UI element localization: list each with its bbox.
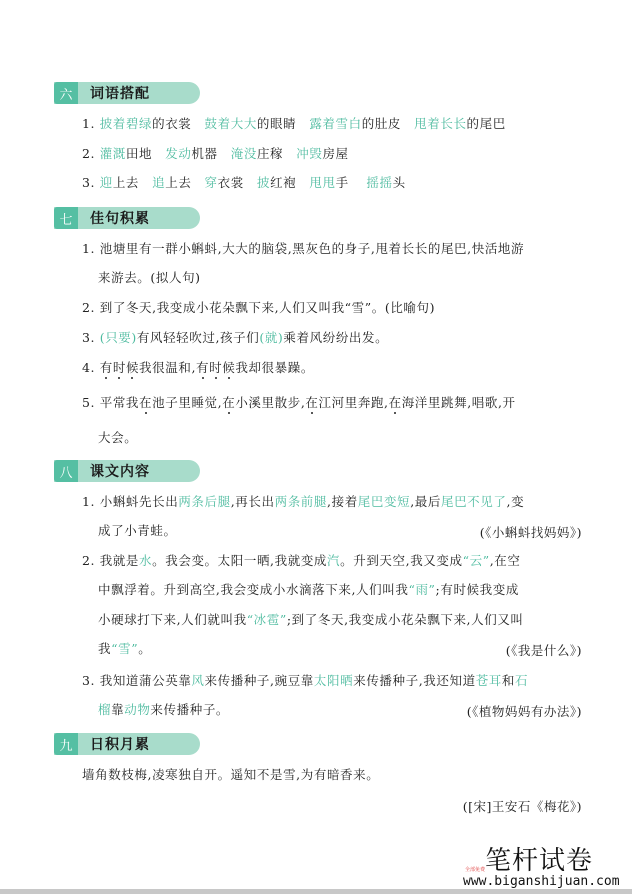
item-text: 小蝌蚪先长出两条后腿,再长出两条前腿,接着尾巴变短,最后尾巴不见了,变 <box>100 494 524 509</box>
s8-item-2-line1: 2. 我就是水。我会变。太阳一晒,我就变成汽。升到天空,我又变成“云”,在空 <box>82 553 520 569</box>
s7-item-4: 4. 有时候我很温和,有时候我却很暴躁。 <box>82 360 314 376</box>
watermark-title: 笔杆试卷 <box>485 840 593 877</box>
dotted-char: 在 <box>139 395 152 410</box>
text: 来传播种子。 <box>150 702 229 717</box>
s7-item-1-line1: 1. 池塘里有一群小蝌蚪,大大的脑袋,黑灰色的身子,甩着长长的尾巴,快活地游 <box>82 241 524 257</box>
text: ;到了冬天,我变成小花朵飘下来,人们又叫 <box>287 612 524 627</box>
answer-text: 两条前腿 <box>275 494 327 509</box>
answer-text: “雨” <box>408 582 435 597</box>
s8-item-1-line1: 1. 小蝌蚪先长出两条后腿,再长出两条前腿,接着尾巴变短,最后尾巴不见了,变 <box>82 494 524 510</box>
text: 小溪里散步, <box>235 395 305 410</box>
answer-text: 榴 <box>98 702 111 717</box>
item-number: 4. <box>82 360 95 375</box>
answer-text: 发动 <box>165 146 191 161</box>
section-header-8: 八 课文内容 <box>54 460 200 482</box>
source-citation: (《小蝌蚪找妈妈》) <box>480 523 582 541</box>
s7-item-3: 3. (只要)有风轻轻吹过,孩子们(就)乘着风纷纷出发。 <box>82 330 388 346</box>
section-title: 词语搭配 <box>90 83 150 103</box>
answer-text: 鼓着大大 <box>205 116 257 131</box>
item-text: 平常我在池子里睡觉,在小溪里散步,在江河里奔跑,在海洋里跳舞,唱歌,开 <box>100 395 516 410</box>
section-number: 七 <box>54 207 78 229</box>
poem-text: 墙角数枝梅,凌寒独自开。遥知不是雪,为有暗香来。 <box>82 767 379 783</box>
answer-text: (就) <box>259 330 283 345</box>
answer-text: 风 <box>191 673 204 688</box>
source-citation: (《我是什么》) <box>506 641 582 659</box>
text: ,变 <box>507 494 525 509</box>
item-number: 3. <box>82 330 95 345</box>
text: 中飘浮着。升到高空,我会变成小水滴落下来,人们叫我 <box>98 582 408 597</box>
answer-text: 两条后腿 <box>178 494 230 509</box>
item-text: 我知道蒲公英靠风来传播种子,豌豆靠太阳晒来传播种子,我还知道苍耳和石 <box>100 673 528 688</box>
answer-text: 尾巴变短 <box>358 494 410 509</box>
answer-text: 露着雪白 <box>309 116 361 131</box>
watermark-url: www.biganshijuan.com <box>463 874 620 889</box>
text: ;有时候我变成 <box>436 582 519 597</box>
item-number: 1. <box>82 116 100 131</box>
text: 的肚皮 <box>362 116 414 131</box>
item-text: (只要)有风轻轻吹过,孩子们(就)乘着风纷纷出发。 <box>100 330 389 345</box>
emphasis-dotted-text: 有时候 <box>196 360 235 375</box>
section-number: 六 <box>54 82 78 104</box>
s8-item-2-line3: 小硬球打下来,人们就叫我“冰雹”;到了冬天,我变成小花朵飘下来,人们又叫 <box>98 612 524 628</box>
text: ,再长出 <box>231 494 275 509</box>
text: 房屋 <box>322 146 348 161</box>
bottom-divider <box>0 889 632 894</box>
s8-item-3-line2: 榴靠动物来传播种子。 <box>98 702 229 718</box>
item-number: 2. <box>82 553 95 568</box>
text: 上去 <box>165 175 204 190</box>
text: 机器 <box>191 146 230 161</box>
text: 的衣裳 <box>152 116 204 131</box>
watermark-free-tag: 全部免费 <box>465 866 485 873</box>
answer-text: 灌溉 <box>100 146 126 161</box>
section-title: 课文内容 <box>90 461 150 481</box>
answer-text: 甩着长长 <box>414 116 466 131</box>
text: 手 <box>336 175 367 190</box>
text: 的眼睛 <box>257 116 309 131</box>
answer-text: “云” <box>463 553 490 568</box>
item-text: 我却很暴躁。 <box>235 360 314 375</box>
text: 平常我 <box>100 395 139 410</box>
answer-text: “冰雹” <box>247 612 287 627</box>
s8-item-3-line1: 3. 我知道蒲公英靠风来传播种子,豌豆靠太阳晒来传播种子,我还知道苍耳和石 <box>82 673 528 689</box>
answer-text: 淹没 <box>231 146 257 161</box>
answer-text: 水 <box>139 553 152 568</box>
s8-item-2-line4: 我“雪”。 <box>98 641 151 657</box>
dotted-char: 在 <box>305 395 318 410</box>
text: 小硬球打下来,人们就叫我 <box>98 612 247 627</box>
answer-text: 尾巴不见了 <box>441 494 507 509</box>
item-number: 3. <box>82 673 95 688</box>
answer-text: 披着碧绿 <box>100 116 152 131</box>
dotted-char: 有 <box>100 360 113 375</box>
text: 庄稼 <box>257 146 296 161</box>
section-number: 八 <box>54 460 78 482</box>
answer-text: 汽 <box>327 553 340 568</box>
text: 江河里奔跑, <box>319 395 389 410</box>
text: ,接着 <box>327 494 358 509</box>
answer-text: 穿 <box>205 175 218 190</box>
item-number: 2. <box>82 300 95 315</box>
dotted-char: 候 <box>222 360 235 375</box>
answer-text: 摇摇 <box>366 175 392 190</box>
answer-text: 追 <box>152 175 165 190</box>
answer-text: “雪” <box>111 641 138 656</box>
item-number: 1. <box>82 494 95 509</box>
text: 上去 <box>113 175 152 190</box>
text: 靠 <box>111 702 124 717</box>
answer-text: 甩甩 <box>309 175 335 190</box>
text: 我就是 <box>100 553 139 568</box>
dotted-char: 候 <box>126 360 139 375</box>
item-number: 2. <box>82 146 100 161</box>
answer-text: 苍耳 <box>476 673 502 688</box>
source-citation: ([宋]王安石《梅花》) <box>463 797 582 815</box>
section-title: 佳句积累 <box>90 208 150 228</box>
text: ,在空 <box>490 553 521 568</box>
text: 。我会变。太阳一晒,我就变成 <box>152 553 327 568</box>
answer-text: 迎 <box>100 175 113 190</box>
text: 来传播种子,我还知道 <box>353 673 475 688</box>
dotted-char: 在 <box>389 395 402 410</box>
dotted-char: 有 <box>196 360 209 375</box>
s7-item-2: 2. 到了冬天,我变成小花朵飘下来,人们又叫我“雪”。(比喻句) <box>82 300 435 316</box>
item-number: 1. <box>82 241 95 256</box>
answer-text: 披 <box>257 175 270 190</box>
answer-text: 冲毁 <box>296 146 322 161</box>
s6-item-1: 1. 披着碧绿的衣裳 鼓着大大的眼睛 露着雪白的肚皮 甩着长长的尾巴 <box>82 116 506 132</box>
source-citation: (《植物妈妈有办法》) <box>467 702 582 720</box>
item-text: 我很温和, <box>139 360 196 375</box>
s7-item-5-line1: 5. 平常我在池子里睡觉,在小溪里散步,在江河里奔跑,在海洋里跳舞,唱歌,开 <box>82 395 516 411</box>
emphasis-dotted-text: 有时候 <box>100 360 139 375</box>
dotted-char: 时 <box>113 360 126 375</box>
item-text: 到了冬天,我变成小花朵飘下来,人们又叫我“雪”。(比喻句) <box>100 300 435 315</box>
section-number: 九 <box>54 733 78 755</box>
text: 。 <box>138 641 151 656</box>
s8-item-2-line2: 中飘浮着。升到高空,我会变成小水滴落下来,人们叫我“雨”;有时候我变成 <box>98 582 519 598</box>
text: 乘着风纷纷出发。 <box>283 330 388 345</box>
section-header-6: 六 词语搭配 <box>54 82 200 104</box>
s8-item-1-line2: 成了小青蛙。 <box>98 523 177 539</box>
answer-text: 动物 <box>124 702 150 717</box>
section-header-9: 九 日积月累 <box>54 733 200 755</box>
text: 我 <box>98 641 111 656</box>
item-text: 我就是水。我会变。太阳一晒,我就变成汽。升到天空,我又变成“云”,在空 <box>100 553 521 568</box>
text: 衣裳 <box>218 175 257 190</box>
item-number: 3. <box>82 175 100 190</box>
item-text: 池塘里有一群小蝌蚪,大大的脑袋,黑灰色的身子,甩着长长的尾巴,快活地游 <box>100 241 524 256</box>
s6-item-3: 3. 迎上去 追上去 穿衣裳 披红袍 甩甩手 摇摇头 <box>82 175 406 191</box>
text: 和 <box>502 673 515 688</box>
text: 红袍 <box>270 175 309 190</box>
answer-text: 石 <box>515 673 528 688</box>
text: 有风轻轻吹过,孩子们 <box>137 330 259 345</box>
text: 我知道蒲公英靠 <box>100 673 192 688</box>
text: 的尾巴 <box>467 116 506 131</box>
text: 海洋里跳舞,唱歌,开 <box>402 395 516 410</box>
dotted-char: 在 <box>222 395 235 410</box>
answer-text: 太阳晒 <box>314 673 353 688</box>
section-title: 日积月累 <box>90 734 150 754</box>
answer-text: (只要) <box>100 330 137 345</box>
item-number: 5. <box>82 395 95 410</box>
dotted-char: 时 <box>209 360 222 375</box>
text: 。升到天空,我又变成 <box>340 553 462 568</box>
s6-item-2: 2. 灌溉田地 发动机器 淹没庄稼 冲毁房屋 <box>82 146 349 162</box>
text: 田地 <box>126 146 165 161</box>
text: 头 <box>393 175 406 190</box>
section-header-7: 七 佳句积累 <box>54 207 200 229</box>
text: 小蝌蚪先长出 <box>100 494 179 509</box>
text: 池子里睡觉, <box>152 395 222 410</box>
text: 来传播种子,豌豆靠 <box>205 673 314 688</box>
s7-item-1-line2: 来游去。(拟人句) <box>98 270 201 286</box>
s7-item-5-line2: 大会。 <box>98 430 137 446</box>
text: ,最后 <box>410 494 441 509</box>
